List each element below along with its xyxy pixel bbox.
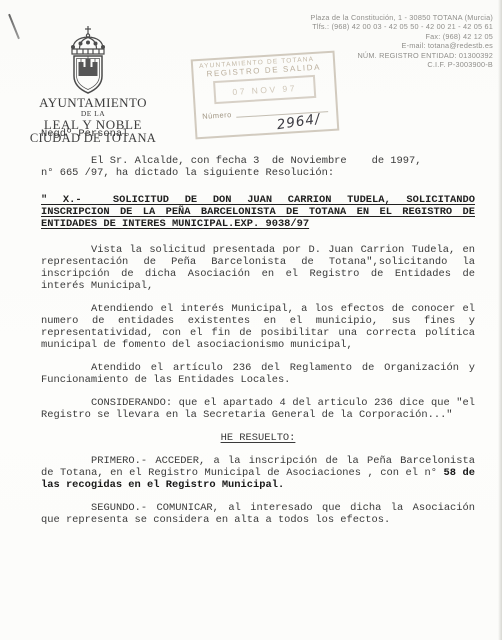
scan-edge-artifact bbox=[498, 0, 502, 640]
department-line: Negdº Personal bbox=[41, 128, 475, 140]
paragraph-considerando: CONSIDERANDO: que el apartado 4 del arti… bbox=[41, 397, 475, 421]
document-body: Negdº Personal El Sr. Alcalde, con fecha… bbox=[41, 128, 475, 537]
paragraph-segundo: SEGUNDO.- COMUNICAR, al interesado que d… bbox=[41, 502, 475, 526]
primero-text: PRIMERO.- ACCEDER, a la inscripción de l… bbox=[41, 455, 475, 479]
stamp-date: 07 NOV 97 bbox=[213, 75, 316, 104]
heading-line: " X.- SOLICITUD DE DON JUAN CARRION TUDE… bbox=[41, 194, 475, 206]
heading-line: ENTIDADES DE INTERES MUNICIPAL.EXP. 9038… bbox=[41, 218, 475, 230]
coat-of-arms-icon bbox=[57, 24, 119, 98]
address-line: Fax: (968) 42 12 05 bbox=[310, 32, 493, 41]
address-line: C.I.F. P-3003900-B bbox=[310, 60, 493, 69]
org-line: AYUNTAMIENTO bbox=[14, 97, 172, 109]
paragraph-vista: Vista la solicitud presentada por D. Jua… bbox=[41, 244, 475, 292]
paragraph-atendiendo: Atendiendo el interés Municipal, a los e… bbox=[41, 303, 475, 351]
address-line: E-mail: totana@redestb.es bbox=[310, 41, 493, 50]
paragraph-atendido: Atendido el artículo 236 del Reglamento … bbox=[41, 362, 475, 386]
pen-mark bbox=[8, 14, 20, 40]
paragraph-primero: PRIMERO.- ACCEDER, a la inscripción de l… bbox=[41, 455, 475, 491]
address-line: NÚM. REGISTRO ENTIDAD: 01300392 bbox=[310, 51, 493, 60]
letterhead-address: Plaza de la Constitución, 1 - 30850 TOTA… bbox=[310, 13, 493, 69]
he-resuelto-heading: HE RESUELTO: bbox=[41, 432, 475, 444]
he-resuelto-text: HE RESUELTO: bbox=[221, 432, 296, 444]
heading-line: INSCRIPCION DE LA PEÑA BARCELONISTA DE T… bbox=[41, 206, 475, 218]
resolution-heading: " X.- SOLICITUD DE DON JUAN CARRION TUDE… bbox=[41, 194, 475, 230]
scanned-document-page: AYUNTAMIENTO DE LA LEAL Y NOBLE CIUDAD D… bbox=[0, 0, 502, 640]
intro-paragraph: El Sr. Alcalde, con fecha 3 de Noviembre… bbox=[41, 155, 475, 179]
stamp-numero-label: Número bbox=[202, 110, 232, 121]
registry-stamp: AYUNTAMIENTO DE TOTANA REGISTRO DE SALID… bbox=[191, 51, 340, 140]
address-line: Plaza de la Constitución, 1 - 30850 TOTA… bbox=[310, 13, 493, 22]
address-line: Tlfs.: (968) 42 00 03 - 42 05 50 - 42 00… bbox=[310, 22, 493, 31]
